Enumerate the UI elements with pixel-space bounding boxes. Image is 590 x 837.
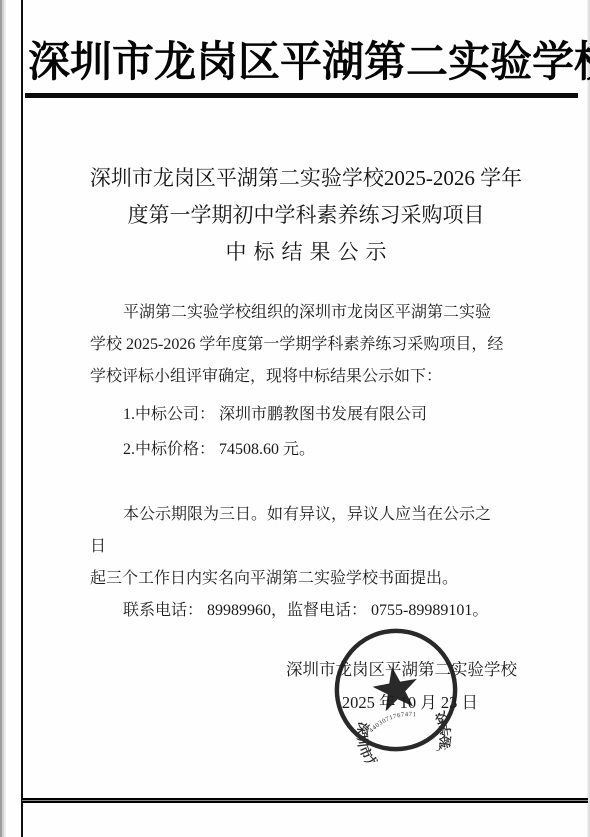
document-title-line-1: 深圳市龙岗区平湖第二实验学校2025-2026 学年 xyxy=(22,160,590,197)
paragraph-2-line-2: 起三个工作日内实名向平湖第二实验学校书面提出。 xyxy=(90,563,506,595)
scanned-document-page: 深圳市龙岗区平湖第二实验学校 深圳市龙岗区平湖第二实验学校2025-2026 学… xyxy=(0,0,590,837)
paragraph-1-line-3: 学校评标小组评审确定，现将中标结果公示如下： xyxy=(90,361,506,393)
bid-company-line: 1.中标公司： 深圳市鹏教图书发展有限公司 xyxy=(90,399,506,431)
page-bottom-rule xyxy=(22,798,588,803)
seal-code-text: 4403071767471 xyxy=(366,709,419,735)
letterhead-school-name: 深圳市龙岗区平湖第二实验学校 xyxy=(28,36,578,88)
svg-text:4403071767471: 4403071767471 xyxy=(366,709,419,735)
bid-price-line: 2.中标价格： 74508.60 元。 xyxy=(90,434,506,466)
paragraph-1-line-2: 学校 2025-2026 学年度第一学期学科素养练习采购项目，经 xyxy=(90,329,506,361)
paragraph-1-line-1: 平湖第二实验学校组织的深圳市龙岗区平湖第二实验 xyxy=(90,297,506,329)
document-title-line-2: 度第一学期初中学科素养练习采购项目 xyxy=(22,197,590,234)
paragraph-2-line-1: 本公示期限为三日。如有异议，异议人应当在公示之日 xyxy=(90,499,506,563)
official-seal-stamp: 深圳市龙岗区平湖第二实验学校 4403071767471 xyxy=(318,612,473,767)
document-title-line-3: 中标结果公示 xyxy=(22,234,590,271)
scan-edge-left xyxy=(0,0,6,837)
document-body: 平湖第二实验学校组织的深圳市龙岗区平湖第二实验 学校 2025-2026 学年度… xyxy=(90,297,506,627)
seal-star-icon xyxy=(370,663,422,713)
document-title: 深圳市龙岗区平湖第二实验学校2025-2026 学年 度第一学期初中学科素养练习… xyxy=(22,160,590,271)
letterhead-rule xyxy=(25,93,578,98)
page-fold-line xyxy=(21,0,23,837)
